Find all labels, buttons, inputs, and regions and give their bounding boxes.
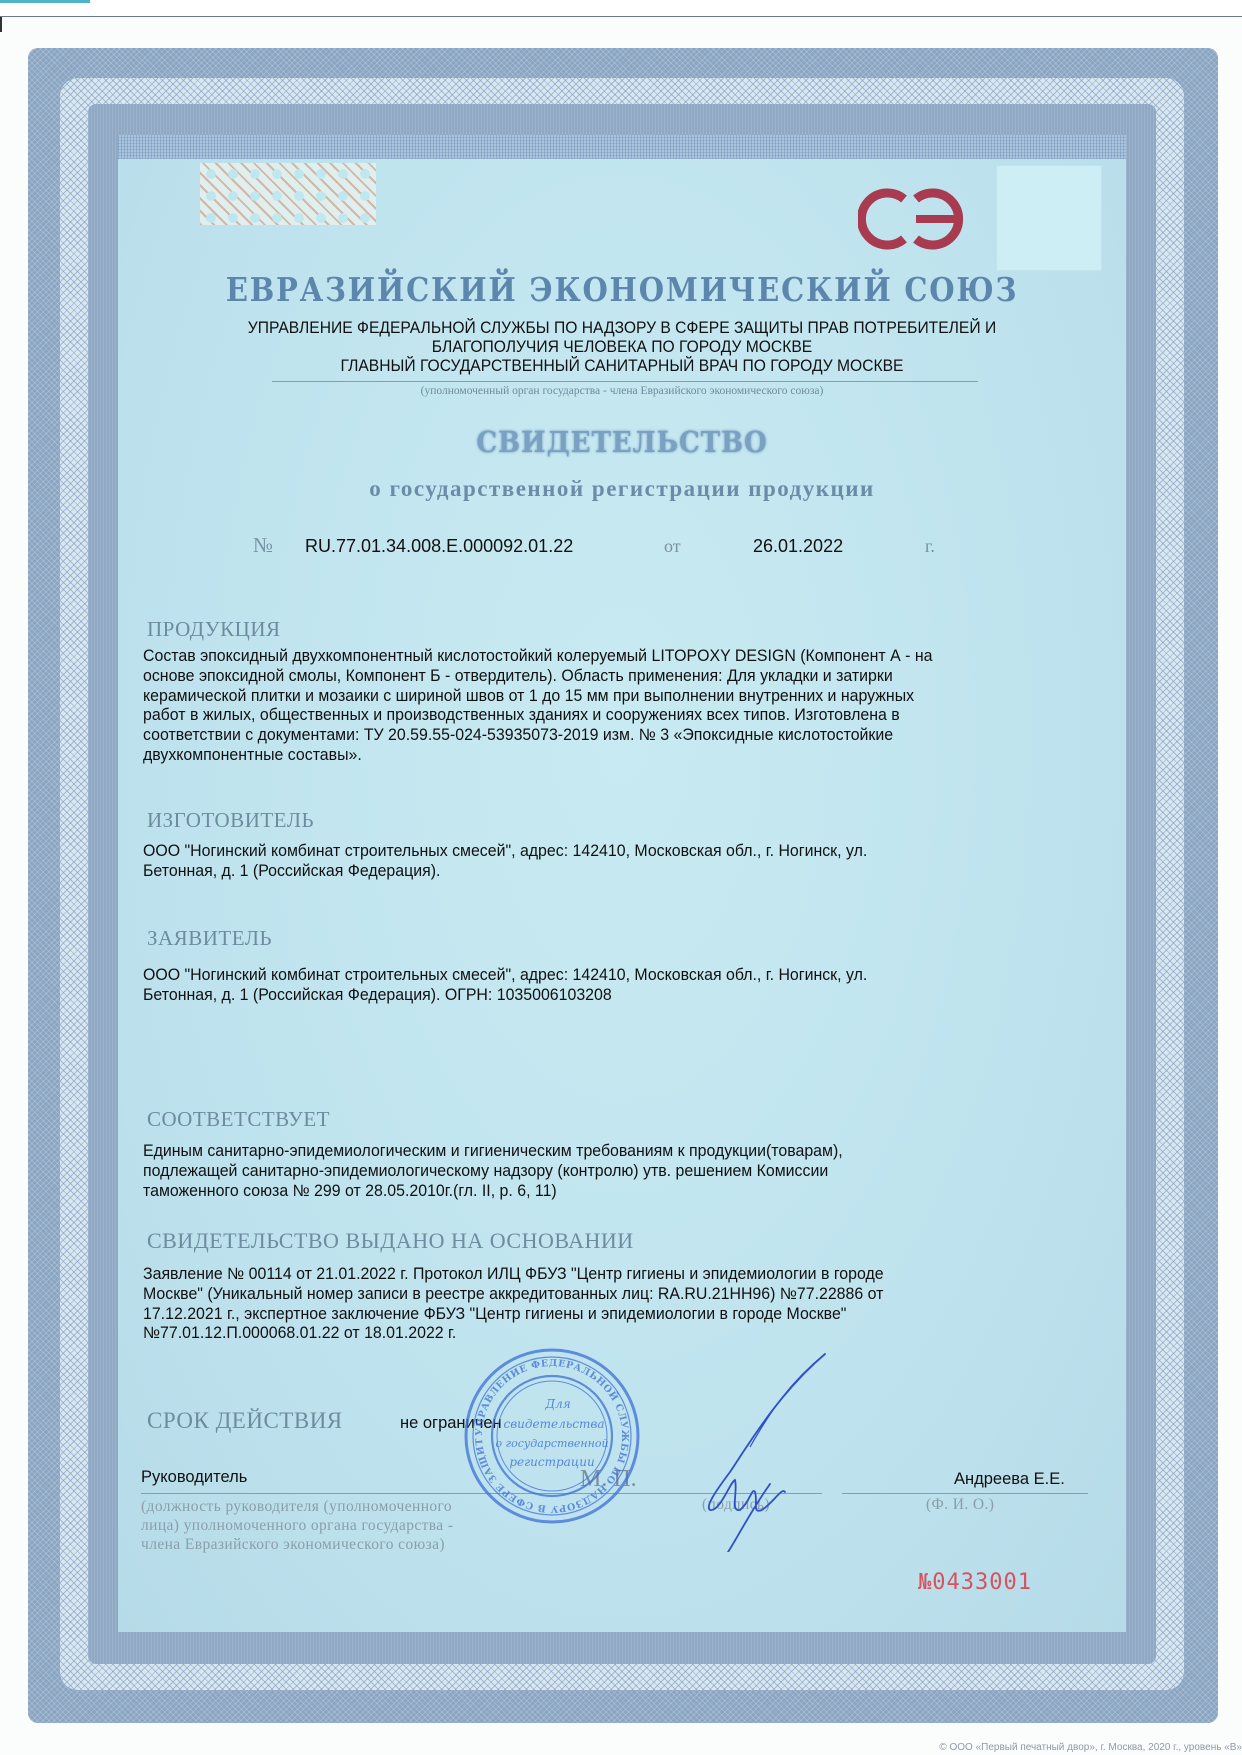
registration-date: 26.01.2022	[753, 536, 843, 557]
text-line: Заявление № 00114 от 21.01.2022 г. Прото…	[143, 1265, 1065, 1285]
signatory-position: Руководитель	[141, 1468, 247, 1487]
section-heading-validity: СРОК ДЕЙСТВИЯ	[147, 1408, 343, 1434]
issuance-basis: Заявление № 00114 от 21.01.2022 г. Прото…	[143, 1265, 1065, 1344]
agency-line: БЛАГОПОЛУЧИЯ ЧЕЛОВЕКА ПО ГОРОДУ МОСКВЕ	[158, 337, 1085, 356]
section-heading-manufacturer: ИЗГОТОВИТЕЛЬ	[147, 808, 314, 833]
printer-copyright: © ООО «Первый печатный двор», г. Москва,…	[939, 1742, 1242, 1753]
caption-line: лица) уполномоченного органа государства…	[141, 1516, 453, 1535]
stamp-center-line: Для	[544, 1397, 570, 1411]
text-line: подлежащей санитарно-эпидемиологическому…	[143, 1162, 1065, 1182]
section-heading-conforms: СООТВЕТСТВУЕТ	[147, 1107, 330, 1132]
union-title: ЕВРАЗИЙСКИЙ ЭКОНОМИЧЕСКИЙ СОЮЗ	[178, 270, 1065, 309]
agency-line: ГЛАВНЫЙ ГОСУДАРСТВЕННЫЙ САНИТАРНЫЙ ВРАЧ …	[158, 356, 1085, 375]
micro-grid-strip	[118, 135, 1126, 159]
text-line: основе эпоксидной смолы, Компонент Б - о…	[143, 667, 1065, 687]
official-seal-stamp: УПРАВЛЕНИЕ ФЕДЕРАЛЬНОЙ СЛУЖБЫ ПО НАДЗОРУ…	[462, 1346, 642, 1526]
stamp-center-line: регистрации	[509, 1455, 594, 1469]
blank-watermark-area	[996, 165, 1102, 271]
manufacturer-details: ООО "Ногинский комбинат строительных сме…	[143, 842, 1065, 882]
text-line: Состав эпоксидный двухкомпонентный кисло…	[143, 647, 1065, 667]
text-line: ООО "Ногинский комбинат строительных сме…	[143, 966, 1065, 986]
text-line: Единым санитарно-эпидемиологическим и ги…	[143, 1142, 1065, 1162]
caption-line: члена Евразийского экономического союза)	[141, 1535, 453, 1554]
agency-line: УПРАВЛЕНИЕ ФЕДЕРАЛЬНОЙ СЛУЖБЫ ПО НАДЗОРУ…	[158, 318, 1085, 337]
text-line: Бетонная, д. 1 (Российская Федерация).	[143, 862, 1065, 882]
stamp-center-line: свидетельства	[503, 1417, 604, 1431]
text-line: 17.12.2021 г., экспертное заключение ФБУ…	[143, 1305, 1065, 1325]
text-line: ООО "Ногинский комбинат строительных сме…	[143, 842, 1065, 862]
text-line: работ в жилых, общественных и производст…	[143, 706, 1065, 726]
text-line: Москве" (Уникальный номер записи в реест…	[143, 1285, 1065, 1305]
text-line: керамической плитки и мозаики с шириной …	[143, 687, 1065, 707]
text-line: №77.01.12.П.000068.01.22 от 18.01.2022 г…	[143, 1324, 1065, 1344]
certificate-title: СВИДЕТЕЛЬСТВО	[168, 425, 1075, 459]
product-description: Состав эпоксидный двухкомпонентный кисло…	[143, 647, 1065, 766]
caption-line: (должность руководителя (уполномоченного	[141, 1497, 453, 1516]
number-label: №	[253, 533, 273, 558]
scan-top-edge	[0, 0, 1242, 17]
agency-note: (уполномоченный орган государства - член…	[118, 385, 1126, 397]
stamp-center-line: о государственной	[495, 1437, 608, 1450]
certificate-subtitle: о государственной регистрации продукции	[118, 476, 1126, 502]
registration-number: RU.77.01.34.008.Е.000092.01.22	[305, 536, 573, 557]
section-heading-product: ПРОДУКЦИЯ	[147, 617, 281, 642]
name-line	[842, 1493, 1088, 1494]
text-line: таможенного союза № 299 от 28.05.2010г.(…	[143, 1182, 1065, 1202]
conformity-requirements: Единым санитарно-эпидемиологическим и ги…	[143, 1142, 1065, 1201]
year-suffix: г.	[925, 536, 935, 557]
form-serial-number: №0433001	[918, 1570, 1032, 1595]
hologram-security-pattern	[200, 163, 376, 225]
eac-conformity-mark-icon	[858, 185, 966, 253]
text-line: соответствии с документами: ТУ 20.59.55-…	[143, 726, 1065, 746]
text-line: Бетонная, д. 1 (Российская Федерация). О…	[143, 986, 1065, 1006]
position-caption: (должность руководителя (уполномоченного…	[141, 1497, 453, 1554]
issuing-agency: УПРАВЛЕНИЕ ФЕДЕРАЛЬНОЙ СЛУЖБЫ ПО НАДЗОРУ…	[158, 318, 1085, 375]
date-label: от	[664, 536, 681, 557]
divider	[272, 381, 978, 382]
signatory-name: Андреева Е.Е.	[954, 1470, 1065, 1489]
handwritten-signature	[690, 1352, 840, 1552]
applicant-details: ООО "Ногинский комбинат строительных сме…	[143, 966, 1065, 1006]
text-line: двухкомпонентные составы».	[143, 746, 1065, 766]
name-caption: (Ф. И. О.)	[926, 1496, 994, 1514]
section-heading-applicant: ЗАЯВИТЕЛЬ	[147, 926, 272, 951]
section-heading-basis: СВИДЕТЕЛЬСТВО ВЫДАНО НА ОСНОВАНИИ	[147, 1228, 634, 1254]
